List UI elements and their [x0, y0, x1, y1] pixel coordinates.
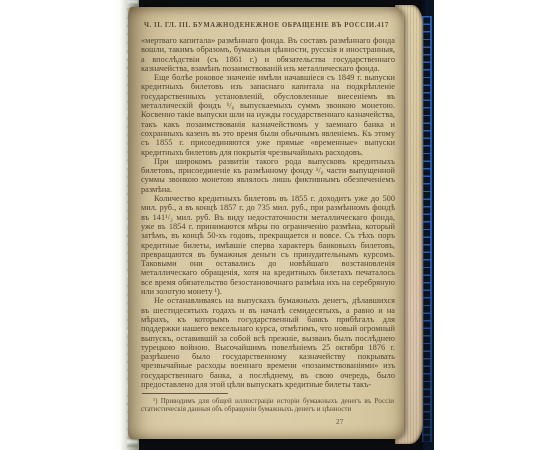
book-photo: Ч. II. ГЛ. III. БУМАЖНОДЕНЕЖНОЕ ОБРАЩЕНІ… — [112, 0, 434, 450]
paragraph: Количество кредитныхъ билетовъ въ 1855 г… — [141, 194, 395, 296]
printer-signature-mark: 27 — [128, 417, 404, 426]
paragraph: При широкомъ развитіи такого рода выпуск… — [141, 157, 395, 194]
spine-ribbed-pattern — [422, 16, 432, 442]
paragraph: Не останавливаясь на выпускахъ бумажныхъ… — [141, 296, 395, 389]
running-header-title: Ч. II. ГЛ. III. БУМАЖНОДЕНЕЖНОЕ ОБРАЩЕНІ… — [144, 22, 377, 29]
paragraph: Еще болѣе роковое значеніе имѣли начавші… — [141, 73, 395, 157]
running-header: Ч. II. ГЛ. III. БУМАЖНОДЕНЕЖНОЕ ОБРАЩЕНІ… — [144, 22, 362, 29]
body-text: «мертваго капитала» размѣннаго фонда. Въ… — [141, 36, 395, 389]
page-number: 417 — [377, 22, 389, 29]
footnote-rule — [142, 393, 228, 394]
bookstore-product-photo: Ч. II. ГЛ. III. БУМАЖНОДЕНЕЖНОЕ ОБРАЩЕНІ… — [0, 0, 550, 450]
footnote-text: ¹) Приводимъ для общей иллюстраціи истор… — [141, 397, 394, 413]
book-page: Ч. II. ГЛ. III. БУМАЖНОДЕНЕЖНОЕ ОБРАЩЕНІ… — [128, 7, 404, 439]
paragraph: «мертваго капитала» размѣннаго фонда. Въ… — [141, 36, 395, 73]
